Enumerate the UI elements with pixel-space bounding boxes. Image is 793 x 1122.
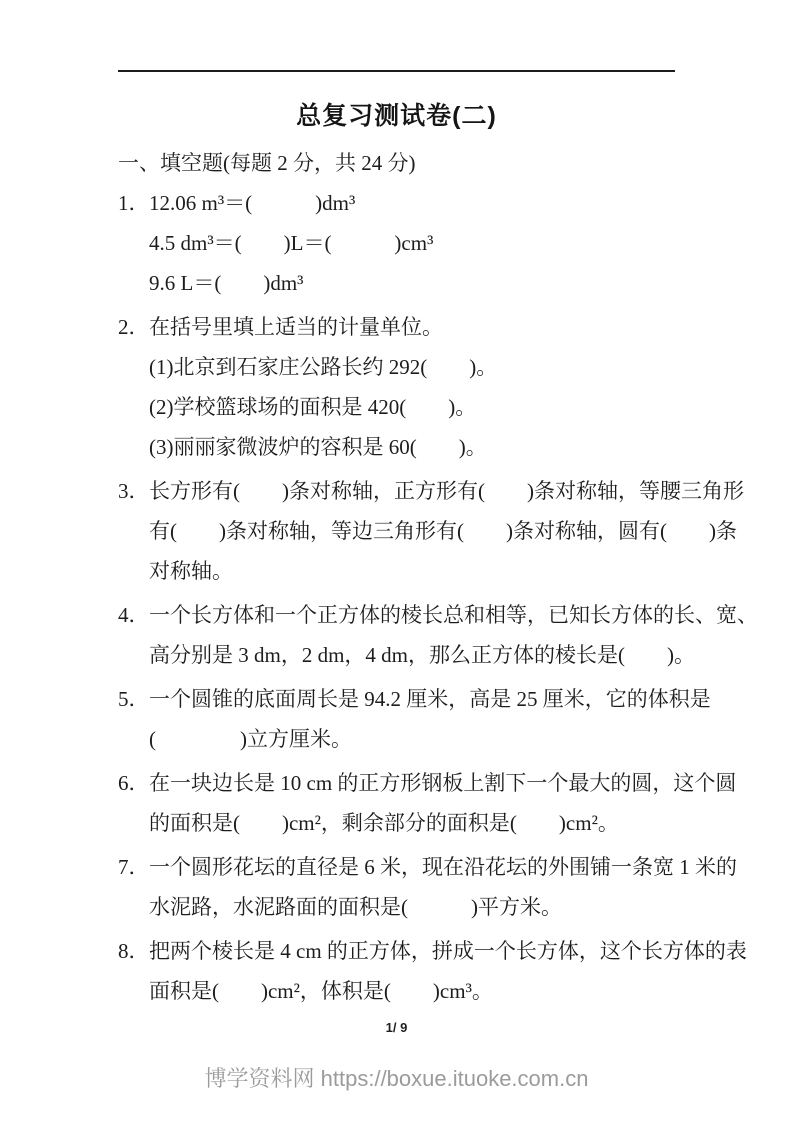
question-subitem: (2)学校篮球场的面积是 420( )。 <box>149 387 680 427</box>
question-line: 在括号里填上适当的计量单位。 <box>149 307 680 347</box>
question-8: 8． 把两个棱长是 4 cm 的正方体，拼成一个长方体，这个长方体的表 面积是(… <box>118 931 680 1011</box>
question-line: 对称轴。 <box>149 551 680 591</box>
document-page: 总复习测试卷(二) 一、填空题(每题 2 分，共 24 分) 1． 12.06 … <box>0 0 793 1122</box>
question-number: 7． <box>118 847 150 887</box>
question-number: 2． <box>118 307 150 347</box>
header-rule <box>118 70 675 72</box>
question-line: 一个长方体和一个正方体的棱长总和相等，已知长方体的长、宽、 <box>149 595 680 635</box>
question-line: 4.5 dm³＝( )L＝( )cm³ <box>149 223 680 263</box>
test-content: 一、填空题(每题 2 分，共 24 分) 1． 12.06 m³＝( )dm³ … <box>118 143 680 1015</box>
question-number: 8． <box>118 931 150 971</box>
question-line: 12.06 m³＝( )dm³ <box>149 183 680 223</box>
question-number: 4． <box>118 595 150 635</box>
question-6: 6． 在一块边长是 10 cm 的正方形钢板上割下一个最大的圆，这个圆 的面积是… <box>118 763 680 843</box>
question-line: 水泥路，水泥路面的面积是( )平方米。 <box>149 887 680 927</box>
question-line: 把两个棱长是 4 cm 的正方体，拼成一个长方体，这个长方体的表 <box>149 931 680 971</box>
question-1: 1． 12.06 m³＝( )dm³ 4.5 dm³＝( )L＝( )cm³ 9… <box>118 183 680 303</box>
question-subitem: (3)丽丽家微波炉的容积是 60( )。 <box>149 427 680 467</box>
question-4: 4． 一个长方体和一个正方体的棱长总和相等，已知长方体的长、宽、 高分别是 3 … <box>118 595 680 675</box>
question-line: 长方形有( )条对称轴，正方形有( )条对称轴，等腰三角形 <box>149 471 680 511</box>
question-3: 3． 长方形有( )条对称轴，正方形有( )条对称轴，等腰三角形 有( )条对称… <box>118 471 680 591</box>
question-7: 7． 一个圆形花坛的直径是 6 米，现在沿花坛的外围铺一条宽 1 米的 水泥路，… <box>118 847 680 927</box>
question-line: 有( )条对称轴，等边三角形有( )条对称轴，圆有( )条 <box>149 511 680 551</box>
watermark-url: 博学资料网 https://boxue.ituoke.com.cn <box>0 1062 793 1093</box>
page-title: 总复习测试卷(二) <box>0 96 793 132</box>
question-line: 面积是( )cm²，体积是( )cm³。 <box>149 971 680 1011</box>
question-line: 9.6 L＝( )dm³ <box>149 263 680 303</box>
question-line: 一个圆形花坛的直径是 6 米，现在沿花坛的外围铺一条宽 1 米的 <box>149 847 680 887</box>
question-5: 5． 一个圆锥的底面周长是 94.2 厘米，高是 25 厘米，它的体积是 ( )… <box>118 679 680 759</box>
question-number: 6． <box>118 763 150 803</box>
question-line: 高分别是 3 dm，2 dm，4 dm，那么正方体的棱长是( )。 <box>149 635 680 675</box>
question-line: 一个圆锥的底面周长是 94.2 厘米，高是 25 厘米，它的体积是 <box>149 679 680 719</box>
question-number: 3． <box>118 471 150 511</box>
question-2: 2． 在括号里填上适当的计量单位。 (1)北京到石家庄公路长约 292( )。 … <box>118 307 680 467</box>
question-number: 5． <box>118 679 150 719</box>
question-number: 1． <box>118 183 150 223</box>
question-line: ( )立方厘米。 <box>149 719 680 759</box>
question-subitem: (1)北京到石家庄公路长约 292( )。 <box>149 347 680 387</box>
page-number: 1/ 9 <box>0 1020 793 1035</box>
question-line: 在一块边长是 10 cm 的正方形钢板上割下一个最大的圆，这个圆 <box>149 763 680 803</box>
question-line: 的面积是( )cm²，剩余部分的面积是( )cm²。 <box>149 803 680 843</box>
section-heading: 一、填空题(每题 2 分，共 24 分) <box>118 143 680 183</box>
